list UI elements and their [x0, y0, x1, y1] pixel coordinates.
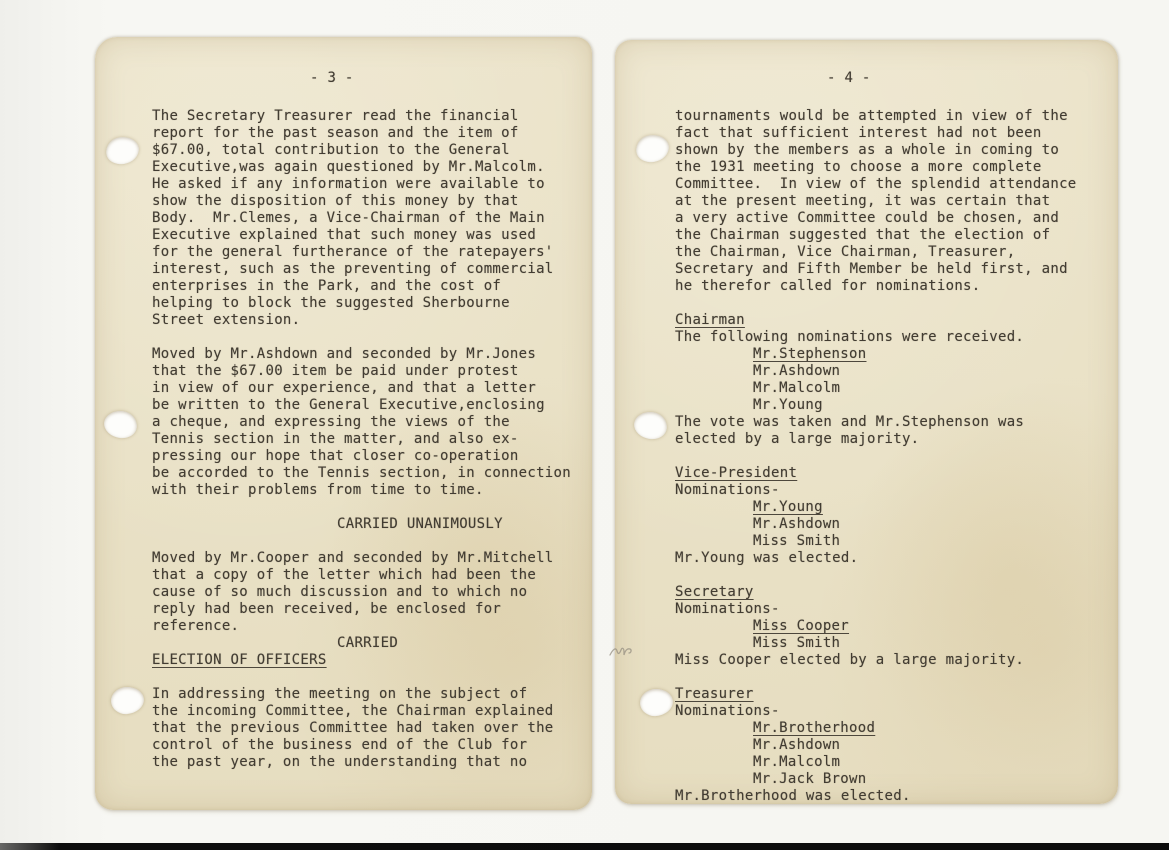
- page-4: - 4 - tournaments would be attempted in …: [615, 40, 1118, 804]
- text-line: In addressing the meeting on the subject…: [152, 686, 592, 703]
- text-line: The vote was taken and Mr.Stephenson was: [675, 414, 1118, 431]
- motion-result: CARRIED UNANIMOUSLY: [337, 516, 592, 533]
- page-3: - 3 - The Secretary Treasurer read the f…: [95, 37, 592, 810]
- text-line: Secretary: [675, 584, 754, 601]
- text-line: Mr.Brotherhood was elected.: [675, 788, 1118, 805]
- text-line: Mr.Stephenson: [753, 346, 866, 363]
- nominee-name: Mr.Ashdown: [753, 737, 1118, 754]
- text-line: for the general furtherance of the ratep…: [152, 244, 592, 261]
- text-line: Miss Cooper: [753, 618, 849, 635]
- text-line: show the disposition of this money by th…: [152, 193, 592, 210]
- scanned-document: - 3 - The Secretary Treasurer read the f…: [0, 0, 1169, 850]
- section-heading: ELECTION OF OFFICERS: [152, 652, 592, 669]
- text-line: Executive explained that such money was …: [152, 227, 592, 244]
- text-line: control of the business end of the Club …: [152, 737, 592, 754]
- text-line: The following nominations were received.: [675, 329, 1118, 346]
- text-line: Chairman: [675, 312, 745, 329]
- text-line: a cheque, and expressing the views of th…: [152, 414, 592, 431]
- text-line: Executive,was again questioned by Mr.Mal…: [152, 159, 592, 176]
- text-line: He asked if any information were availab…: [152, 176, 592, 193]
- text-line: Mr.Brotherhood was elected.: [675, 788, 1118, 805]
- text-line: that the previous Committee had taken ov…: [152, 720, 592, 737]
- text-line: Nominations-: [675, 482, 1118, 499]
- text-line: Mr.Brotherhood: [753, 720, 875, 737]
- text-line: that the $67.00 item be paid under prote…: [152, 363, 592, 380]
- text-line: Secretary and Fifth Member be held first…: [675, 261, 1118, 278]
- text-line: the past year, on the understanding that…: [152, 754, 592, 771]
- nominee-name: Miss Cooper: [753, 618, 1118, 635]
- text-line: ELECTION OF OFFICERS: [152, 652, 327, 669]
- text-line: be written to the General Executive,encl…: [152, 397, 592, 414]
- text-line: The Secretary Treasurer read the financi…: [152, 108, 592, 125]
- text-line: that a copy of the letter which had been…: [152, 567, 592, 584]
- nominee-name: Mr.Brotherhood: [753, 720, 1118, 737]
- text-line: Moved by Mr.Ashdown and seconded by Mr.J…: [152, 346, 592, 363]
- text-line: be accorded to the Tennis section, in co…: [152, 465, 592, 482]
- text-line: Moved by Mr.Cooper and seconded by Mr.Mi…: [152, 550, 592, 567]
- text-line: helping to block the suggested Sherbourn…: [152, 295, 592, 312]
- text-line: Nominations-: [675, 703, 1118, 720]
- text-line: pressing our hope that closer co-operati…: [152, 448, 592, 465]
- text-line: Mr.Young: [753, 499, 823, 516]
- text-line: Nominations-: [675, 601, 1118, 618]
- text-line: reference.: [152, 618, 592, 635]
- paragraph: tournaments would be attempted in view o…: [675, 108, 1118, 295]
- text-line: Committee. In view of the splendid atten…: [675, 176, 1118, 193]
- text-line: reply had been received, be enclosed for: [152, 601, 592, 618]
- page-3-content: - 3 - The Secretary Treasurer read the f…: [95, 37, 592, 843]
- text-line: Nominations-: [675, 601, 1118, 618]
- section-heading: Secretary: [675, 584, 1118, 601]
- text-line: Nominations-: [675, 482, 1118, 499]
- text-line: Miss Smith: [753, 533, 1118, 550]
- text-line: Mr.Malcolm: [753, 754, 1118, 771]
- paragraph: The vote was taken and Mr.Stephenson was…: [675, 414, 1118, 448]
- nominee-name: Mr.Young: [753, 397, 1118, 414]
- text-line: cause of so much discussion and to which…: [152, 584, 592, 601]
- text-line: a very active Committee could be chosen,…: [675, 210, 1118, 227]
- text-line: Mr.Ashdown: [753, 737, 1118, 754]
- nominee-name: Mr.Young: [753, 499, 1118, 516]
- text-line: Miss Cooper elected by a large majority.: [675, 652, 1118, 669]
- paragraph: In addressing the meeting on the subject…: [152, 686, 592, 771]
- nominee-name: Mr.Ashdown: [753, 516, 1118, 533]
- paragraph: Moved by Mr.Ashdown and seconded by Mr.J…: [152, 346, 592, 499]
- nominee-name: Miss Smith: [753, 533, 1118, 550]
- page-number: - 4 -: [827, 70, 1118, 87]
- page-4-content: - 4 - tournaments would be attempted in …: [615, 40, 1118, 834]
- text-line: CARRIED: [337, 635, 592, 652]
- text-line: The following nominations were received.: [675, 329, 1118, 346]
- nominee-name: Mr.Malcolm: [753, 754, 1118, 771]
- text-line: shown by the members as a whole in comin…: [675, 142, 1118, 159]
- text-line: Miss Cooper elected by a large majority.: [675, 652, 1118, 669]
- text-line: Mr.Young was elected.: [675, 550, 1118, 567]
- page-body: tournaments would be attempted in view o…: [675, 108, 1118, 805]
- section-heading: Vice-President: [675, 465, 1118, 482]
- text-line: Street extension.: [152, 312, 592, 329]
- text-line: the Chairman suggested that the election…: [675, 227, 1118, 244]
- text-line: the Chairman, Vice Chairman, Treasurer,: [675, 244, 1118, 261]
- text-line: Mr.Malcolm: [753, 380, 1118, 397]
- text-line: he therefor called for nominations.: [675, 278, 1118, 295]
- text-line: Mr.Ashdown: [753, 516, 1118, 533]
- text-line: at the present meeting, it was certain t…: [675, 193, 1118, 210]
- text-line: Mr.Ashdown: [753, 363, 1118, 380]
- nominee-name: Mr.Jack Brown: [753, 771, 1118, 788]
- text-line: tournaments would be attempted in view o…: [675, 108, 1118, 125]
- text-line: Mr.Jack Brown: [753, 771, 1118, 788]
- page-body: The Secretary Treasurer read the financi…: [152, 108, 592, 771]
- text-line: Mr.Young was elected.: [675, 550, 1118, 567]
- text-line: Nominations-: [675, 703, 1118, 720]
- motion-result: CARRIED: [337, 635, 592, 652]
- text-line: Body. Mr.Clemes, a Vice-Chairman of the …: [152, 210, 592, 227]
- text-line: the incoming Committee, the Chairman exp…: [152, 703, 592, 720]
- text-line: Mr.Young: [753, 397, 1118, 414]
- text-line: Vice-President: [675, 465, 797, 482]
- text-line: CARRIED UNANIMOUSLY: [337, 516, 592, 533]
- scanner-edge-strip: [0, 843, 1169, 850]
- text-line: interest, such as the preventing of comm…: [152, 261, 592, 278]
- paragraph: The Secretary Treasurer read the financi…: [152, 108, 592, 329]
- text-line: report for the past season and the item …: [152, 125, 592, 142]
- text-line: fact that sufficient interest had not be…: [675, 125, 1118, 142]
- nominee-name: Mr.Malcolm: [753, 380, 1118, 397]
- section-heading: Chairman: [675, 312, 1118, 329]
- text-line: the 1931 meeting to choose a more comple…: [675, 159, 1118, 176]
- text-line: with their problems from time to time.: [152, 482, 592, 499]
- text-line: Treasurer: [675, 686, 754, 703]
- nominee-name: Mr.Stephenson: [753, 346, 1118, 363]
- text-line: in view of our experience, and that a le…: [152, 380, 592, 397]
- text-line: Miss Smith: [753, 635, 1118, 652]
- nominee-name: Mr.Ashdown: [753, 363, 1118, 380]
- text-line: $67.00, total contribution to the Genera…: [152, 142, 592, 159]
- page-number: - 3 -: [310, 70, 592, 87]
- nominee-name: Miss Smith: [753, 635, 1118, 652]
- text-line: elected by a large majority.: [675, 431, 1118, 448]
- section-heading: Treasurer: [675, 686, 1118, 703]
- text-line: Tennis section in the matter, and also e…: [152, 431, 592, 448]
- text-line: enterprises in the Park, and the cost of: [152, 278, 592, 295]
- paragraph: Moved by Mr.Cooper and seconded by Mr.Mi…: [152, 550, 592, 635]
